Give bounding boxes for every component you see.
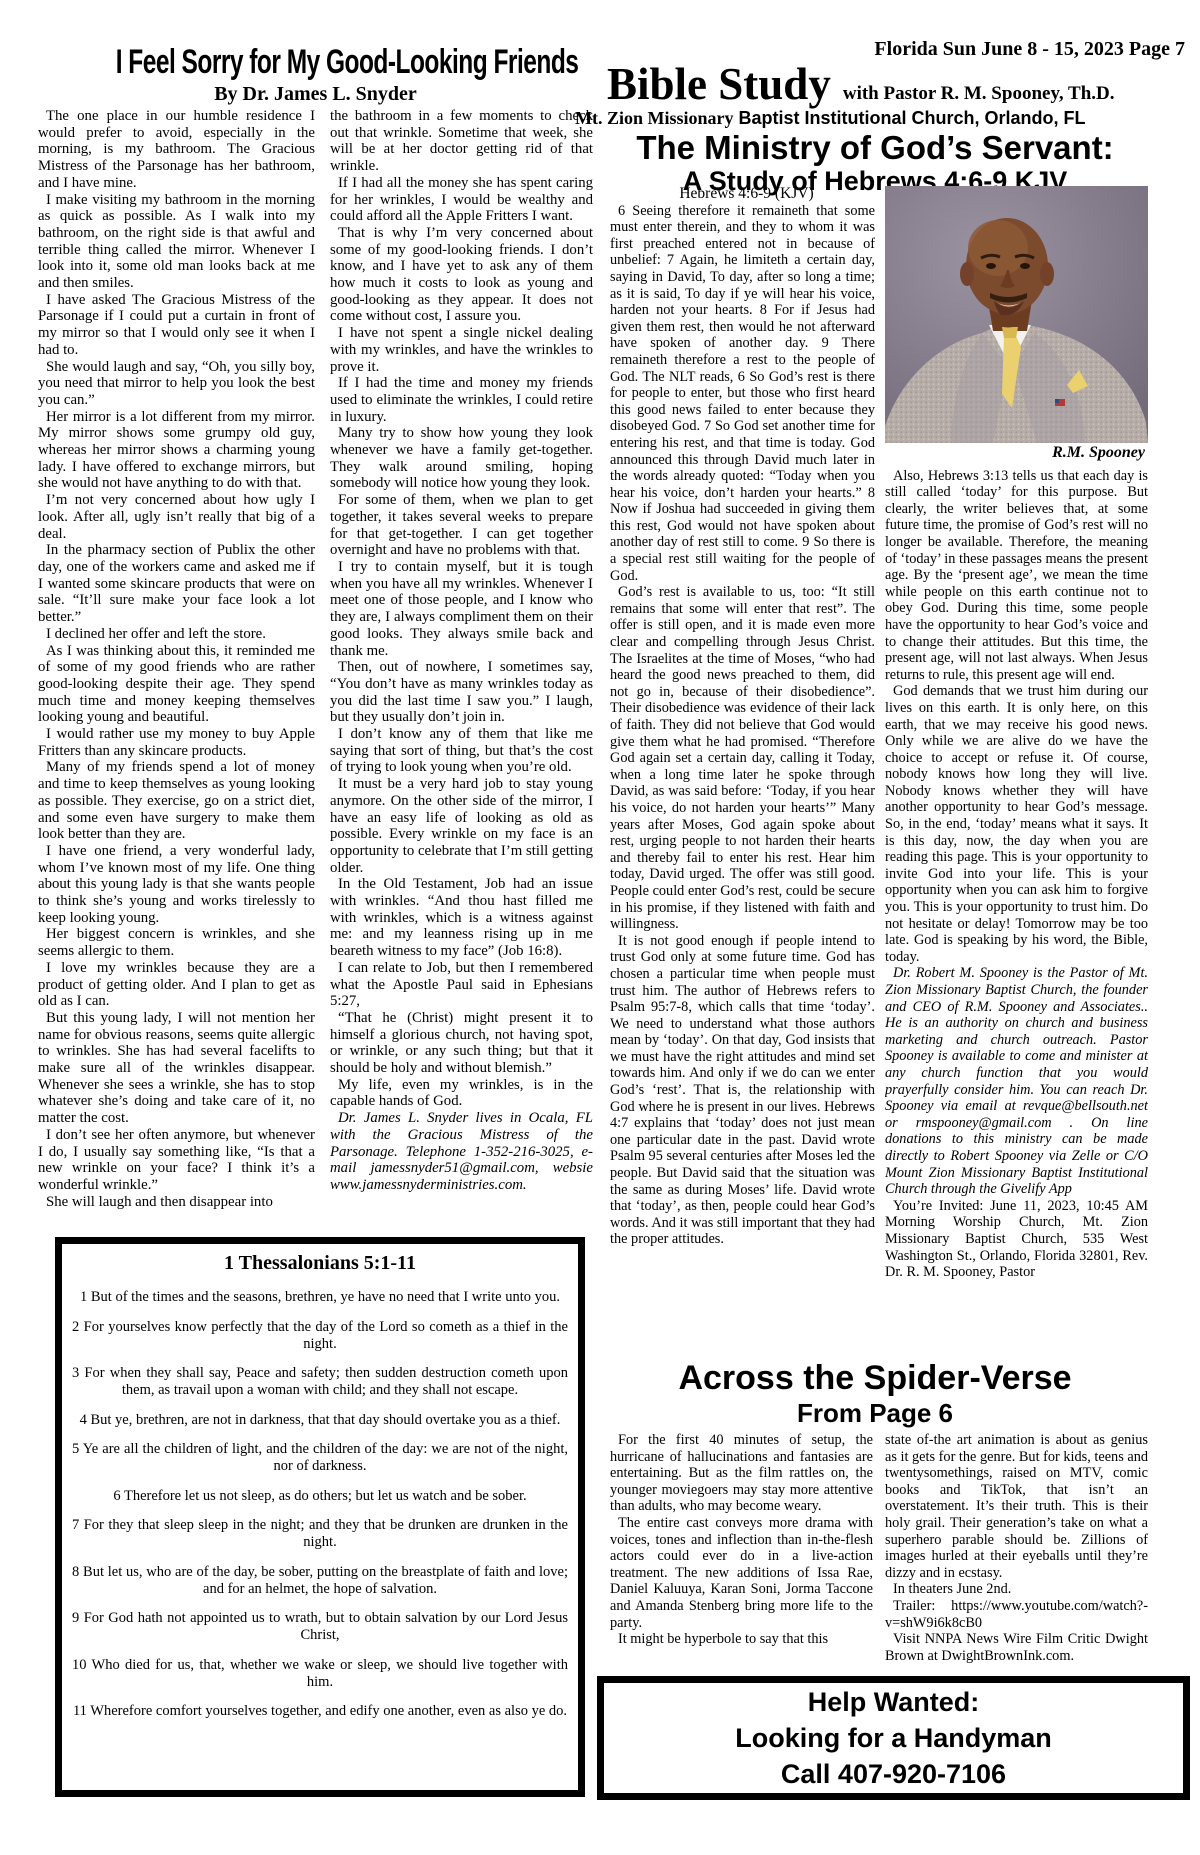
article-paragraph: In the pharmacy section of Publix the ot… [38, 542, 315, 626]
spiderverse-col2-paragraphs: state of-the art animation is about as g… [885, 1432, 1148, 1664]
help-wanted-line3: Call 407-920-7106 [781, 1756, 1006, 1792]
scripture-heading: Hebrews 4:6-9 (KJV) [610, 186, 875, 203]
left-article-title: I Feel Sorry for My Good-Looking Friends [116, 42, 516, 82]
article-paragraph: I declined her offer and left the store. [38, 626, 315, 643]
review-paragraph: In theaters June 2nd. [885, 1581, 1148, 1598]
left-article-col1-paragraphs: The one place in our humble residence I … [38, 108, 315, 1210]
review-paragraph: Visit NNPA News Wire Film Critic Dwight … [885, 1631, 1148, 1664]
left-article-col2-paragraphs: the bathroom in a few moments to check o… [330, 108, 593, 1110]
article-paragraph: She will laugh and then disappear into [38, 1194, 315, 1211]
article-paragraph: If I had all the money she has spent car… [330, 175, 593, 225]
review-paragraph: For the first 40 minutes of setup, the h… [610, 1432, 873, 1515]
article-paragraph: But this young lady, I will not mention … [38, 1010, 315, 1127]
spiderverse-col1-paragraphs: For the first 40 minutes of setup, the h… [610, 1432, 873, 1648]
help-wanted-line2: Looking for a Handyman [735, 1720, 1052, 1756]
bible-study-masthead: Bible Study with Pastor R. M. Spooney, T… [607, 60, 1115, 108]
scripture-box-title: 1 Thessalonians 5:1-11 [72, 1252, 568, 1275]
left-article-byline: By Dr. James L. Snyder [38, 83, 593, 106]
article-paragraph: I don’t know any of them that like me sa… [330, 726, 593, 776]
ear-right [1040, 262, 1054, 286]
article-paragraph: the bathroom in a few moments to check o… [330, 108, 593, 175]
ear-left [960, 262, 974, 286]
spiderverse-column-2: state of-the art animation is about as g… [885, 1432, 1148, 1664]
church-line-sans: Baptist Institutional Church, Orlando, F… [734, 108, 1086, 128]
bible-study-column-2: R.M. Spooney Also, Hebrews 3:13 tells us… [885, 186, 1148, 1356]
bible-verse: 6 Therefore let us not sleep, as do othe… [72, 1488, 568, 1505]
tie-knot [1002, 327, 1018, 338]
article-paragraph: My life, even my wrinkles, is in the cap… [330, 1077, 593, 1110]
pastor-bio: Dr. Robert M. Spooney is the Pastor of M… [885, 965, 1148, 1197]
article-paragraph: For some of them, when we plan to get to… [330, 492, 593, 559]
spiderverse-subheadline: From Page 6 [575, 1398, 1175, 1428]
page-folio: Florida Sun June 8 - 15, 2023 Page 7 [874, 38, 1185, 61]
author-bio: Dr. James L. Snyder lives in Ocala, FL w… [330, 1110, 593, 1194]
bible-verse: 8 But let us, who are of the day, be sob… [72, 1564, 568, 1598]
left-article-column-1: The one place in our humble residence I … [38, 108, 315, 1234]
article-paragraph: Many try to show how young they look whe… [330, 425, 593, 492]
newspaper-page: Florida Sun June 8 - 15, 2023 Page 7 I F… [0, 0, 1200, 1855]
scripture-box: 1 Thessalonians 5:1-11 1 But of the time… [55, 1237, 585, 1797]
article-paragraph: It must be a very hard job to stay young… [330, 776, 593, 876]
bible-verse: 9 For God hath not appointed us to wrath… [72, 1610, 568, 1644]
article-paragraph: In the Old Testament, Job had an issue w… [330, 876, 593, 960]
bible-study-col1-paragraphs: 6 Seeing therefore it remaineth that som… [610, 203, 875, 1248]
bible-study-church-line: Mt. Zion Missionary Baptist Institutiona… [575, 108, 1175, 129]
bible-verse: 3 For when they shall say, Peace and saf… [72, 1365, 568, 1399]
article-paragraph: Then, out of nowhere, I sometimes say, “… [330, 659, 593, 726]
bible-verse: 10 Who died for us, that, whether we wak… [72, 1657, 568, 1691]
invitation: You’re Invited: June 11, 2023, 10:45 AM … [885, 1198, 1148, 1281]
bible-verse: 4 But ye, brethren, are not in darkness,… [72, 1412, 568, 1429]
article-paragraph: I try to contain myself, but it is tough… [330, 559, 593, 659]
scripture-box-verses: 1 But of the times and the seasons, bret… [72, 1289, 568, 1720]
bible-study-paragraph: It is not good enough if people intend t… [610, 933, 875, 1248]
article-paragraph: I have asked The Gracious Mistress of th… [38, 292, 315, 359]
article-paragraph: I would rather use my money to buy Apple… [38, 726, 315, 759]
bible-study-column-1: Hebrews 4:6-9 (KJV) 6 Seeing therefore i… [610, 186, 875, 1356]
left-article-column-2: the bathroom in a few moments to check o… [330, 108, 593, 1234]
left-article-header: I Feel Sorry for My Good-Looking Friends… [38, 42, 593, 106]
bible-verse: 11 Wherefore comfort yourselves together… [72, 1703, 568, 1720]
article-paragraph: Her biggest concern is wrinkles, and she… [38, 926, 315, 959]
eye-left [986, 263, 996, 269]
spiderverse-headline: Across the Spider-Verse [575, 1358, 1175, 1398]
bible-study-paragraph: God demands that we trust him during our… [885, 683, 1148, 965]
help-wanted-line1: Help Wanted: [808, 1684, 980, 1720]
article-paragraph: I’m not very concerned about how ugly I … [38, 492, 315, 542]
article-paragraph: I have one friend, a very wonderful lady… [38, 843, 315, 927]
bible-study-headline: The Ministry of God’s Servant: [575, 130, 1175, 166]
church-line-serif: Mt. Zion Missionary [575, 108, 734, 128]
bible-study-paragraph: God’s rest is available to us, too: “It … [610, 584, 875, 932]
article-paragraph: As I was thinking about this, it reminde… [38, 643, 315, 727]
article-paragraph: I don’t see her often anymore, but whene… [38, 1127, 315, 1194]
article-paragraph: I have not spent a single nickel dealing… [330, 325, 593, 375]
article-paragraph: If I had the time and money my friends u… [330, 375, 593, 425]
bible-study-paragraph: Also, Hebrews 3:13 tells us that each da… [885, 468, 1148, 684]
bible-verse: 2 For yourselves know perfectly that the… [72, 1319, 568, 1353]
help-wanted-ad: Help Wanted: Looking for a Handyman Call… [597, 1676, 1190, 1800]
bible-study-masthead-pastor: with Pastor R. M. Spooney, Th.D. [843, 83, 1115, 105]
article-paragraph: I love my wrinkles because they are a pr… [38, 960, 315, 1010]
article-paragraph: “That he (Christ) might present it to hi… [330, 1010, 593, 1077]
eye-right [1020, 263, 1030, 269]
bible-verse: 5 Ye are all the children of light, and … [72, 1441, 568, 1475]
spiderverse-column-1: For the first 40 minutes of setup, the h… [610, 1432, 873, 1664]
photo-caption: R.M. Spooney [885, 445, 1145, 462]
pastor-photo [885, 186, 1148, 443]
review-paragraph: The entire cast conveys more drama with … [610, 1515, 873, 1631]
article-paragraph: I can relate to Job, but then I remember… [330, 960, 593, 1010]
article-paragraph: I make visiting my bathroom in the morni… [38, 192, 315, 292]
review-paragraph: state of-the art animation is about as g… [885, 1432, 1148, 1581]
article-paragraph: Many of my friends spend a lot of money … [38, 759, 315, 843]
article-paragraph: She would laugh and say, “Oh, you silly … [38, 359, 315, 409]
bible-verse: 1 But of the times and the seasons, bret… [72, 1289, 568, 1306]
bible-study-paragraph: 6 Seeing therefore it remaineth that som… [610, 203, 875, 585]
review-paragraph: Trailer: https://www.youtube.com/watch?-… [885, 1598, 1148, 1631]
bible-study-masthead-title: Bible Study [607, 60, 831, 108]
bible-study-col2-paragraphs: Also, Hebrews 3:13 tells us that each da… [885, 468, 1148, 966]
article-paragraph: That is why I’m very concerned about som… [330, 225, 593, 325]
article-paragraph: The one place in our humble residence I … [38, 108, 315, 192]
article-paragraph: Her mirror is a lot different from my mi… [38, 409, 315, 493]
review-paragraph: It might be hyperbole to say that this [610, 1631, 873, 1648]
bible-verse: 7 For they that sleep sleep in the night… [72, 1517, 568, 1551]
